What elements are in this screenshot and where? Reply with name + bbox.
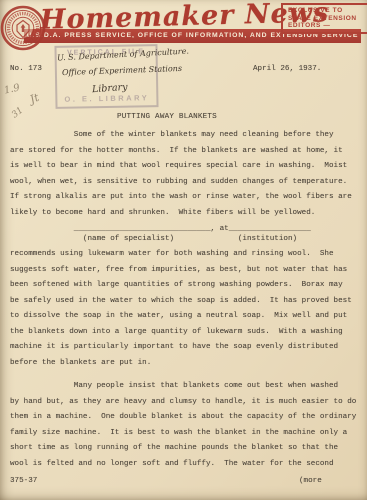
specialist-blank-labels: (name of specialist) (institution) [10, 233, 297, 245]
pencil-mark-number: 1.9 [3, 82, 21, 96]
issue-number: No. 173 [10, 62, 42, 78]
exclusive-line-3: EDITORS — [288, 22, 367, 30]
release-number: 375-37 [10, 474, 37, 490]
issue-date: April 26, 1937. [253, 62, 321, 78]
pencil-mark-initials: Jt [28, 91, 41, 106]
paragraph-3: Many people insist that blankets come ou… [10, 379, 356, 472]
article-title: PUTTING AWAY BLANKETS [117, 110, 217, 126]
scanned-document-page: Homemaker News EXCLUSIVE TO STATE EXTENS… [0, 0, 367, 500]
exclusive-line-1: EXCLUSIVE TO [288, 7, 367, 15]
exclusive-editors-box: EXCLUSIVE TO STATE EXTENSION EDITORS — [281, 3, 367, 34]
paragraph-1: Some of the winter blankets may need cle… [10, 128, 352, 221]
paragraph-2: recommends using lukewarm water for both… [10, 247, 352, 371]
pencil-mark-date: 31 [10, 106, 25, 121]
usda-seal-icon [0, 4, 47, 51]
stamp-library-label: O. E. LIBRARY [57, 93, 156, 104]
more-continuation-marker: (more [299, 474, 322, 490]
exclusive-line-2: STATE EXTENSION [288, 15, 367, 23]
